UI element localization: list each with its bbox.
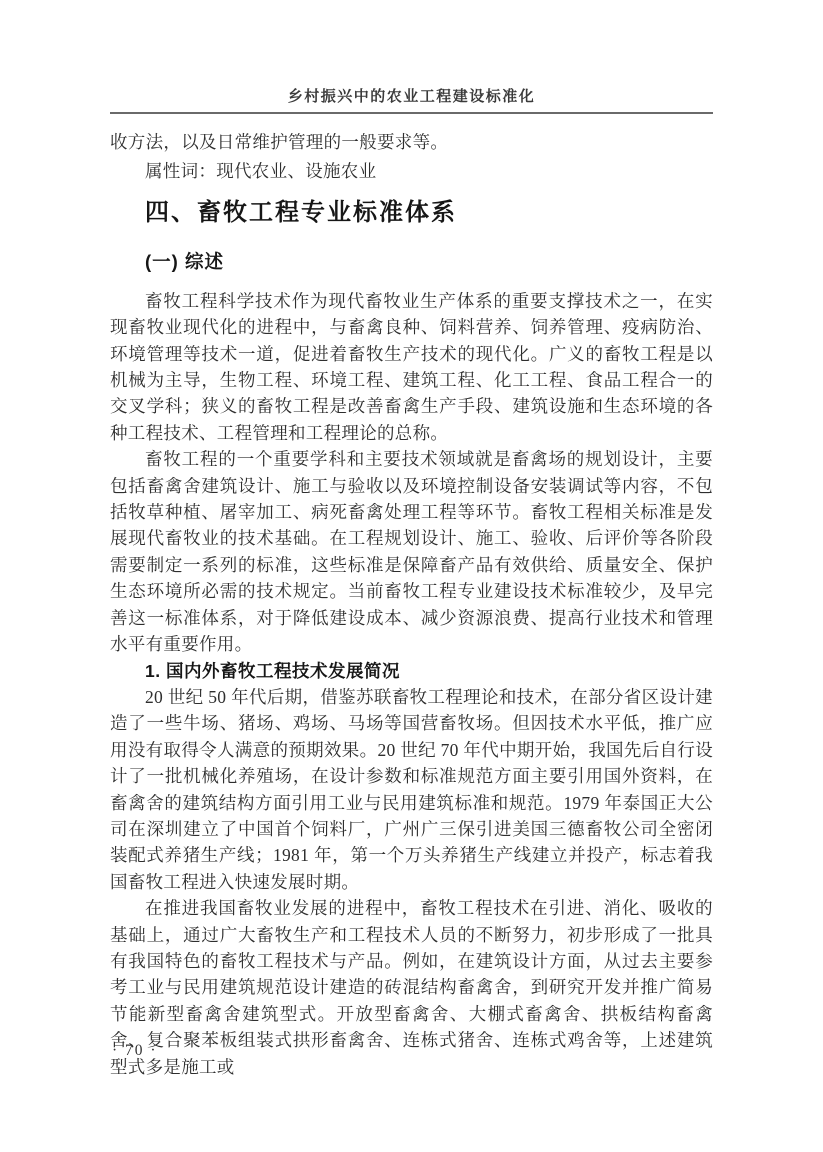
paragraph-history-1: 20 世纪 50 年代后期，借鉴苏联畜牧工程理论和技术，在部分省区设计建造了一些… <box>110 684 713 895</box>
page-number: · 70 · <box>112 1040 158 1062</box>
subsection-title-overview: (一) 综述 <box>145 249 713 275</box>
running-header: 乡村振兴中的农业工程建设标准化 <box>110 86 713 114</box>
section-title: 四、畜牧工程专业标准体系 <box>145 197 713 229</box>
document-page: 乡村振兴中的农业工程建设标准化 收方法，以及日常维护管理的一般要求等。 属性词：… <box>0 0 823 1152</box>
numbered-sub-heading-development-history: 1. 国内外畜牧工程技术发展简况 <box>145 658 713 684</box>
paragraph-overview-2: 畜牧工程的一个重要学科和主要技术领域就是畜禽场的规划设计，主要包括畜禽舍建筑设计… <box>110 446 713 657</box>
continuation-paragraph-line: 收方法，以及日常维护管理的一般要求等。 <box>110 129 713 155</box>
running-header-title: 乡村振兴中的农业工程建设标准化 <box>110 86 713 108</box>
header-rule <box>110 112 713 114</box>
attribute-words-line: 属性词：现代农业、设施农业 <box>110 158 713 184</box>
paragraph-overview-1: 畜牧工程科学技术作为现代畜牧业生产体系的重要支撑技术之一，在实现畜牧业现代化的进… <box>110 288 713 446</box>
paragraph-history-2: 在推进我国畜牧业发展的进程中，畜牧工程技术在引进、消化、吸收的基础上，通过广大畜… <box>110 895 713 1080</box>
